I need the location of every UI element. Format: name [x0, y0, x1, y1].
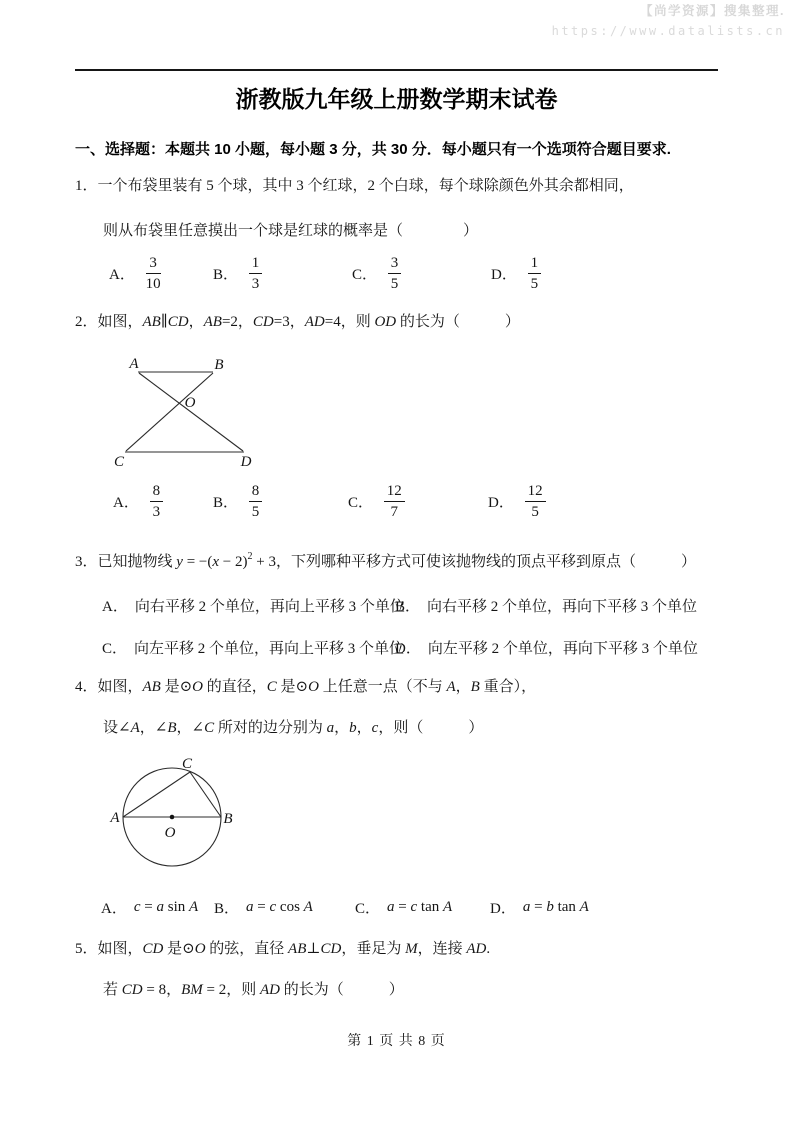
- point-label-A: A: [128, 356, 139, 372]
- fraction-numerator: 3: [146, 254, 161, 274]
- question-3: 3．已知抛物线 y = −(x − 2)2 + 3，下列哪种平移方式可使该抛物线…: [75, 544, 735, 664]
- option-c-label: C．: [348, 491, 373, 512]
- option-d-label: D．: [490, 897, 516, 918]
- option-a-formula: c = a sin A: [134, 899, 198, 916]
- option-a-label: A．: [101, 897, 127, 918]
- exam-paper-page: 【尚学资源】搜集整理. https://www.datalists.cn 浙教版…: [0, 0, 793, 1122]
- option-d-formula: a = b tan A: [523, 899, 589, 916]
- question-4-options: A．c = a sin A B．a = c cos A C．a = c tan …: [75, 897, 735, 919]
- option-a-text: 向右平移 2 个单位，再向上平移 3 个单位: [135, 597, 405, 617]
- option-a-label: A．: [109, 263, 135, 284]
- question-4: 4．如图，AB 是⊙O 的直径，C 是⊙O 上任意一点（不与 A，B 重合）， …: [75, 677, 735, 922]
- point-label-D: D: [240, 454, 252, 470]
- fraction-denominator: 5: [249, 502, 263, 521]
- fraction-numerator: 8: [249, 482, 263, 502]
- fraction-numerator: 8: [150, 482, 164, 502]
- point-label-O: O: [185, 395, 196, 411]
- option-d: D．a = b tan A: [490, 897, 589, 918]
- point-label-B: B: [214, 357, 223, 373]
- question-3-option-a: A．向右平移 2 个单位，再向上平移 3 个单位: [102, 596, 405, 617]
- option-d: D． 12 5: [488, 482, 546, 521]
- question-3-line-1: 3．已知抛物线 y = −(x − 2)2 + 3，下列哪种平移方式可使该抛物线…: [75, 544, 696, 575]
- option-b: B．a = c cos A: [214, 897, 313, 918]
- option-c-text: 向左平移 2 个单位，再向上平移 3 个单位: [134, 639, 404, 659]
- option-b-label: B．: [213, 263, 238, 284]
- option-d-label: D．: [488, 491, 514, 512]
- fraction-denominator: 7: [384, 502, 405, 521]
- option-b-label: B．: [213, 491, 238, 512]
- footer-page-number: 第 1 页 共 8 页: [0, 1030, 793, 1050]
- page-title: 浙教版九年级上册数学期末试卷: [0, 81, 793, 114]
- option-b-text: 向右平移 2 个单位，再向下平移 3 个单位: [427, 597, 697, 617]
- option-a-label: A．: [102, 597, 128, 617]
- point-label-C: C: [114, 454, 125, 470]
- option-d: D． 1 5: [491, 254, 541, 293]
- center-dot: [170, 815, 175, 820]
- question-3-option-c: C．向左平移 2 个单位，再向上平移 3 个单位: [102, 638, 404, 659]
- option-c-fraction: 12 7: [384, 482, 405, 521]
- fraction-numerator: 1: [249, 254, 263, 274]
- segment-BC: [126, 373, 213, 451]
- point-label-B: B: [223, 811, 232, 827]
- option-b-formula: a = c cos A: [246, 899, 313, 916]
- option-c: C． 3 5: [352, 254, 401, 293]
- fraction-denominator: 10: [146, 274, 161, 293]
- fraction-denominator: 5: [388, 274, 402, 293]
- question-4-line-2: 设∠A，∠B，∠C 所对的边分别为 a，b，c，则（ ）: [103, 718, 483, 738]
- option-d-text: 向左平移 2 个单位，再向下平移 3 个单位: [428, 639, 698, 659]
- option-a-fraction: 8 3: [150, 482, 164, 521]
- option-c-formula: a = c tan A: [387, 899, 452, 916]
- point-label-C: C: [182, 756, 193, 772]
- option-a-label: A．: [113, 491, 139, 512]
- fraction-denominator: 5: [525, 502, 546, 521]
- watermark-url-text: https://www.datalists.cn: [552, 25, 785, 37]
- option-a: A． 8 3: [113, 482, 163, 521]
- option-c-label: C．: [102, 639, 127, 659]
- option-b-fraction: 8 5: [249, 482, 263, 521]
- question-3-option-b: B．向右平移 2 个单位，再向下平移 3 个单位: [395, 596, 697, 617]
- question-2-options: A． 8 3 B． 8 5 C． 12 7: [75, 482, 735, 526]
- question-5: 5．如图，CD 是⊙O 的弦，直径 AB⊥CD，垂足为 M，连接 AD. 若 C…: [75, 939, 735, 1009]
- question-1: 1．一个布袋里装有 5 个球，其中 3 个红球，2 个白球，每个球除颜色外其余都…: [75, 176, 735, 306]
- question-5-line-2: 若 CD = 8，BM = 2，则 AD 的长为（ ）: [103, 980, 404, 1000]
- option-a-fraction: 3 10: [146, 254, 161, 293]
- option-b: B． 8 5: [213, 482, 262, 521]
- question-1-line-2: 则从布袋里任意摸出一个球是红球的概率是（ ）: [103, 221, 478, 241]
- question-1-options: A． 3 10 B． 1 3 C． 3 5: [75, 254, 735, 298]
- fraction-numerator: 1: [528, 254, 542, 274]
- option-b-fraction: 1 3: [249, 254, 263, 293]
- question-5-line-1: 5．如图，CD 是⊙O 的弦，直径 AB⊥CD，垂足为 M，连接 AD.: [75, 939, 490, 959]
- chord-AC: [123, 772, 190, 817]
- fraction-denominator: 3: [249, 274, 263, 293]
- question-2-line-1: 2．如图，AB∥CD，AB=2，CD=3，AD=4，则 OD 的长为（ ）: [75, 312, 520, 332]
- fraction-denominator: 5: [528, 274, 542, 293]
- option-d-fraction: 1 5: [528, 254, 542, 293]
- option-c: C．a = c tan A: [355, 897, 452, 918]
- title-rule: [75, 69, 718, 71]
- point-label-A: A: [109, 810, 120, 826]
- option-d-label: D．: [395, 639, 421, 659]
- chord-CB: [190, 772, 221, 817]
- fraction-denominator: 3: [150, 502, 164, 521]
- option-b-label: B．: [214, 897, 239, 918]
- question-4-line-1: 4．如图，AB 是⊙O 的直径，C 是⊙O 上任意一点（不与 A，B 重合），: [75, 677, 536, 697]
- section-heading: 一、选择题：本题共 10 小题，每小题 3 分，共 30 分．每小题只有一个选项…: [75, 138, 671, 159]
- option-d-fraction: 12 5: [525, 482, 546, 521]
- option-a: A． 3 10: [109, 254, 161, 293]
- fraction-numerator: 12: [525, 482, 546, 502]
- option-c-label: C．: [352, 263, 377, 284]
- circle-figure: A B C O: [100, 756, 250, 886]
- question-2: 2．如图，AB∥CD，AB=2，CD=3，AD=4，则 OD 的长为（ ） A …: [75, 312, 735, 532]
- watermark-source-text: 【尚学资源】搜集整理.: [552, 5, 785, 18]
- option-d-label: D．: [491, 263, 517, 284]
- watermark: 【尚学资源】搜集整理. https://www.datalists.cn: [552, 5, 785, 37]
- option-c-fraction: 3 5: [388, 254, 402, 293]
- option-b-label: B．: [395, 597, 420, 617]
- option-c: C． 12 7: [348, 482, 405, 521]
- point-label-O: O: [165, 825, 176, 841]
- bowtie-figure: A B O C D: [100, 348, 260, 474]
- fraction-numerator: 3: [388, 254, 402, 274]
- question-1-line-1: 1．一个布袋里装有 5 个球，其中 3 个红球，2 个白球，每个球除颜色外其余都…: [75, 176, 634, 196]
- option-c-label: C．: [355, 897, 380, 918]
- option-b: B． 1 3: [213, 254, 262, 293]
- question-3-option-d: D．向左平移 2 个单位，再向下平移 3 个单位: [395, 638, 698, 659]
- fraction-numerator: 12: [384, 482, 405, 502]
- segment-AD: [139, 373, 243, 451]
- option-a: A．c = a sin A: [101, 897, 198, 918]
